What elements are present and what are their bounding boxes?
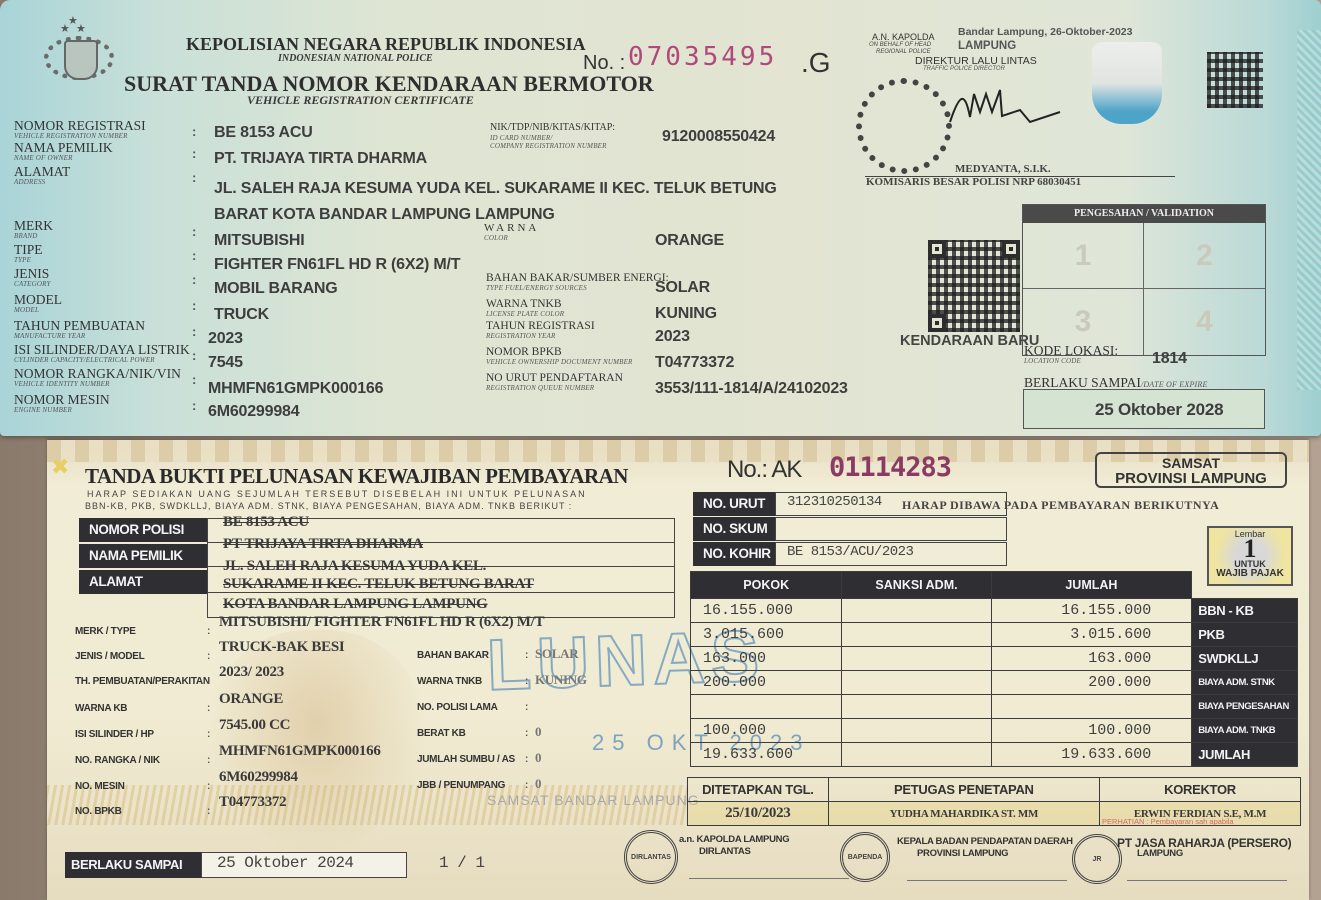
payment-sanksi	[842, 647, 991, 671]
payment-header: POKOK	[691, 572, 842, 599]
payment-item: PKB	[1192, 623, 1298, 647]
vehicle-label: JBB / PENUMPANG	[417, 780, 505, 791]
field-value: TRUCK	[214, 306, 269, 324]
owner-value: KOTA BANDAR LAMPUNG LAMPUNG	[223, 596, 488, 613]
vehicle-value: 7545.00 CC	[219, 717, 290, 734]
field-label: NOMOR BPKBVEHICLE OWNERSHIP DOCUMENT NUM…	[486, 346, 633, 366]
assessment-header: KOREKTOR	[1100, 778, 1301, 802]
payment-jumlah: 16.155.000	[991, 599, 1192, 623]
payment-row: 163.000163.000SWDKLLJ	[691, 647, 1298, 671]
nik-value: 9120008550424	[662, 128, 775, 146]
vehicle-value: 0	[535, 750, 541, 766]
reference-value: 312310250134	[787, 494, 882, 510]
receipt-expiry-label: BERLAKU SAMPAI	[65, 852, 201, 878]
owner-value: JL. SALEH RAJA KESUMA YUDA KEL.	[223, 558, 486, 575]
payment-validity-notice: PERHATIAN : Pembayaran sah apabila	[1102, 817, 1234, 826]
expiry-label: BERLAKU SAMPAI/DATE OF EXPIRE	[1024, 377, 1208, 389]
assessment-value: 25/10/2023	[688, 802, 829, 826]
signatory-rank: KOMISARIS BESAR POLISI NRP 68030451	[866, 176, 1081, 188]
institution-name: KEPOLISIAN NEGARA REPUBLIK INDONESIA	[186, 34, 586, 55]
field-colon: :	[207, 703, 210, 714]
payment-sanksi	[842, 623, 991, 647]
payment-pokok: 163.000	[691, 647, 842, 671]
field-label: NOMOR RANGKA/NIK/VINVEHICLE IDENTITY NUM…	[14, 368, 181, 388]
serial-suffix: .G	[801, 47, 831, 79]
serial-label: No. :	[583, 52, 625, 75]
receipt-expiry-value: 25 Oktober 2024	[217, 854, 354, 872]
field-colon: :	[192, 398, 196, 413]
ornament-icon: ✖	[51, 454, 69, 480]
payment-jumlah: 3.015.600	[991, 623, 1192, 647]
payment-item: SWDKLLJ	[1192, 647, 1298, 671]
serial-number: 07035495	[628, 42, 777, 72]
field-label: JENISCATEGORY	[14, 268, 51, 288]
vehicle-value: T04773372	[219, 794, 286, 811]
vehicle-value: 0	[535, 776, 541, 792]
field-value: MITSUBISHI	[214, 232, 304, 250]
payment-header-row: POKOKSANKSI ADM.JUMLAH	[691, 572, 1298, 599]
field-label: ISI SILINDER/DAYA LISTRIKCYLINDER CAPACI…	[14, 344, 190, 364]
field-colon: :	[192, 224, 196, 239]
field-colon: :	[207, 781, 210, 792]
payment-sanksi	[842, 671, 991, 695]
field-colon: :	[207, 755, 210, 766]
payment-jumlah: 19.633.600	[991, 743, 1192, 767]
payment-sanksi	[842, 599, 991, 623]
vehicle-label: TH. PEMBUATAN/PERAKITAN	[75, 676, 210, 687]
payment-header: SANKSI ADM.	[842, 572, 991, 599]
field-colon: :	[207, 806, 210, 817]
vehicle-label: NO. MESIN	[75, 781, 125, 792]
signature-line	[907, 880, 1067, 881]
field-label: WARNA TNKBLICENSE PLATE COLOR	[486, 298, 564, 318]
payment-pokok: 19.633.600	[691, 743, 842, 767]
payment-jumlah	[991, 695, 1192, 719]
field-label: MODELMODEL	[14, 294, 62, 314]
vehicle-value: MHMFN61GMPK000166	[219, 743, 381, 760]
validation-cell-4: 4	[1144, 289, 1265, 355]
field-colon: :	[525, 728, 528, 739]
signature-title: KEPALA BADAN PENDAPATAN DAERAH	[897, 836, 1073, 847]
payment-row: 100.000100.000BIAYA ADM. TNKB	[691, 719, 1298, 743]
payment-sanksi	[842, 719, 991, 743]
vehicle-value: 2023/ 2023	[219, 664, 284, 681]
payment-pokok: 100.000	[691, 719, 842, 743]
field-value: T04773372	[655, 354, 734, 372]
vehicle-label: MERK / TYPE	[75, 626, 136, 637]
owner-value: PT TRIJAYA TIRTA DHARMA	[223, 536, 423, 553]
issue-place-date: Bandar Lampung, 26-Oktober-2023	[958, 26, 1132, 38]
field-label: TIPETYPE	[14, 244, 43, 264]
payment-pokok	[691, 695, 842, 719]
vehicle-value: 6M60299984	[219, 769, 298, 786]
vehicle-value: ORANGE	[219, 691, 283, 708]
payment-row: 200.000200.000BIAYA ADM. STNK	[691, 671, 1298, 695]
receipt-title: TANDA BUKTI PELUNASAN KEWAJIBAN PEMBAYAR…	[85, 464, 628, 489]
field-value: KUNING	[655, 305, 717, 323]
reference-label: NO. SKUM	[693, 517, 775, 541]
field-label: NAMA PEMILIKNAME OF OWNER	[14, 142, 113, 162]
assessment-header: PETUGAS PENETAPAN	[828, 778, 1099, 802]
signature-line	[1127, 880, 1287, 881]
vehicle-value: SOLAR	[535, 646, 578, 662]
field-label: TAHUN PEMBUATANMANUFACTURE YEAR	[14, 320, 145, 340]
field-value: 2023	[208, 330, 243, 348]
owner-value: BE 8153 ACU	[223, 514, 309, 531]
vehicle-value: KUNING	[535, 672, 587, 688]
payment-row: BIAYA PENGESAHAN	[691, 695, 1298, 719]
payment-sanksi	[842, 743, 991, 767]
field-value: 2023	[655, 328, 690, 346]
field-colon: :	[207, 729, 210, 740]
signature-line	[689, 878, 849, 879]
payment-header: JUMLAH	[991, 572, 1192, 599]
field-colon: :	[525, 676, 528, 687]
field-colon: :	[192, 298, 196, 313]
field-value: JL. SALEH RAJA KESUMA YUDA KEL. SUKARAME…	[214, 180, 777, 198]
field-colon: :	[192, 248, 196, 263]
validation-title: PENGESAHAN / VALIDATION	[1023, 205, 1265, 223]
field-value: BE 8153 ACU	[214, 124, 313, 142]
validation-grid: PENGESAHAN / VALIDATION 1 2 3 4	[1022, 204, 1266, 356]
samsat-line2: PROVINSI LAMPUNG	[1097, 471, 1285, 486]
owner-value: SUKARAME II KEC. TELUK BETUNG BARAT	[223, 576, 534, 593]
reference-label: NO. KOHIR	[693, 542, 775, 566]
assessment-value: YUDHA MAHARDIKA ST. MM	[828, 802, 1099, 826]
payment-row: 19.633.60019.633.600JUMLAH	[691, 743, 1298, 767]
payment-jumlah: 163.000	[991, 647, 1192, 671]
reference-label: NO. URUT	[693, 492, 775, 516]
vehicle-value: TRUCK-BAK BESI	[219, 639, 344, 656]
samsat-box: SAMSAT PROVINSI LAMPUNG	[1095, 452, 1287, 488]
nik-label: NIK/TDP/NIB/KITAS/KITAP:ID CARD NUMBER/C…	[490, 122, 615, 150]
field-colon: :	[192, 272, 196, 287]
vehicle-value: MITSUBISHI/ FIGHTER FN61FL HD R (6X2) M/…	[219, 614, 544, 631]
field-label: NOMOR REGISTRASIVEHICLE REGISTRATION NUM…	[14, 120, 146, 140]
police-emblem-icon: ★ ★ ★	[40, 14, 120, 84]
payment-pokok: 3.015.600	[691, 623, 842, 647]
field-colon: :	[192, 348, 196, 363]
signature-subtitle: PROVINSI LAMPUNG	[917, 848, 1008, 859]
signature-subtitle: DIRLANTAS	[699, 846, 750, 857]
owner-label: NAMA PEMILIK	[79, 544, 207, 568]
institution-name-en: INDONESIAN NATIONAL POLICE	[278, 53, 433, 64]
signatory-on-behalf: A.N. KAPOLDA	[872, 32, 935, 42]
signatory-on-behalf-en: ON BEHALF OF HEAD	[869, 42, 931, 48]
field-value: MHMFN61GMPK000166	[208, 380, 383, 398]
signature-subtitle: LAMPUNG	[1137, 848, 1183, 859]
payment-row: 3.015.6003.015.600PKB	[691, 623, 1298, 647]
field-colon: :	[207, 626, 210, 637]
vehicle-label: WARNA KB	[75, 703, 127, 714]
location-code-label: KODE LOKASI:LOCATION CODE	[1024, 345, 1118, 365]
tax-payment-receipt: ✖ TANDA BUKTI PELUNASAN KEWAJIBAN PEMBAY…	[47, 440, 1309, 900]
expiry-value: 25 Oktober 2028	[1095, 400, 1223, 420]
samsat-line1: SAMSAT	[1097, 456, 1285, 471]
field-colon: :	[192, 124, 196, 139]
field-label: NOMOR MESINENGINE NUMBER	[14, 394, 110, 414]
signatory-name: MEDYANTA, S.I.K.	[955, 163, 1051, 175]
signatory-position-en: TRAFFIC POLICE DIRECTOR	[923, 66, 1005, 72]
owner-label: NOMOR POLISI	[79, 518, 207, 542]
page-indicator: 1 / 1	[439, 854, 485, 872]
field-value: FIGHTER FN61FL HD R (6X2) M/T	[214, 256, 460, 274]
field-colon: :	[525, 702, 528, 713]
qr-code-main	[928, 240, 1020, 332]
payment-jumlah: 100.000	[991, 719, 1192, 743]
field-value: PT. TRIJAYA TIRTA DHARMA	[214, 150, 427, 168]
field-label: NO URUT PENDAFTARANREGISTRATION QUEUE NU…	[486, 372, 623, 392]
guilloche-edge	[1297, 30, 1321, 390]
validation-cell-1: 1	[1023, 223, 1144, 289]
bapenda-stamp: BAPENDA	[840, 832, 890, 882]
vehicle-label: WARNA TNKB	[417, 676, 482, 687]
signatory-region: LAMPUNG	[958, 40, 1016, 52]
copy-number: 1	[1209, 539, 1291, 559]
payment-item: BBN - KB	[1192, 599, 1298, 623]
assessment-header: DITETAPKAN TGL.	[688, 778, 829, 802]
field-value: 6M60299984	[208, 403, 299, 421]
receipt-number: 01114283	[829, 452, 951, 483]
payment-item: BIAYA ADM. STNK	[1192, 671, 1298, 695]
owner-label: ALAMAT	[79, 570, 207, 594]
field-value: SOLAR	[655, 279, 710, 297]
field-colon: :	[192, 146, 196, 161]
vehicle-label: NO. BPKB	[75, 806, 122, 817]
payment-jumlah: 200.000	[991, 671, 1192, 695]
reference-value: BE 8153/ACU/2023	[787, 544, 913, 560]
reference-box	[775, 517, 1007, 541]
field-colon: :	[207, 676, 210, 687]
vehicle-label: BAHAN BAKAR	[417, 650, 489, 661]
vehicle-label: NO. RANGKA / NIK	[75, 755, 160, 766]
location-code-value: 1814	[1152, 350, 1187, 368]
payment-item: BIAYA ADM. TNKB	[1192, 719, 1298, 743]
field-colon: :	[525, 754, 528, 765]
dirlantas-stamp: DIRLANTAS	[624, 830, 678, 884]
official-seal-stamp	[856, 78, 952, 174]
field-value: MOBIL BARANG	[214, 280, 338, 298]
payment-row: 16.155.00016.155.000BBN - KB	[691, 599, 1298, 623]
vehicle-label: NO. POLISI LAMA	[417, 702, 498, 713]
receipt-number-label: No.: AK	[727, 456, 801, 484]
field-colon: :	[192, 372, 196, 387]
vehicle-value: 0	[535, 724, 541, 740]
field-colon: :	[207, 651, 210, 662]
payment-pokok: 16.155.000	[691, 599, 842, 623]
field-value: ORANGE	[655, 232, 724, 250]
field-colon: :	[525, 780, 528, 791]
vehicle-label: ISI SILINDER / HP	[75, 729, 154, 740]
receipt-note-line1: HARAP SEDIAKAN UANG SEJUMLAH TERSEBUT DI…	[87, 488, 587, 500]
signature-title: a.n. KAPOLDA LAMPUNG	[679, 834, 789, 845]
field-label: ALAMATADDRESS	[14, 166, 70, 186]
police-badge-hologram-icon	[1092, 42, 1162, 124]
receipt-note-line2: BBN-KB, PKB, SWDKLLJ, BIAYA ADM. STNK, B…	[85, 500, 572, 512]
validation-cell-2: 2	[1144, 223, 1265, 289]
field-colon: :	[525, 650, 528, 661]
new-vehicle-label: KENDARAAN BARU	[900, 333, 1039, 349]
field-label: BAHAN BAKAR/SUMBER ENERGI:TYPE FUEL/ENER…	[486, 272, 669, 292]
jasa-raharja-stamp: JR	[1072, 834, 1122, 884]
vehicle-label: JENIS / MODEL	[75, 651, 144, 662]
qr-code-top	[1207, 52, 1263, 108]
field-label: TAHUN REGISTRASIREGISTRATION YEAR	[486, 320, 595, 340]
document-title-en: VEHICLE REGISTRATION CERTIFICATE	[247, 93, 474, 108]
payment-item: BIAYA PENGESAHAN	[1192, 695, 1298, 719]
vehicle-label: BERAT KB	[417, 728, 466, 739]
vehicle-registration-certificate: ★ ★ ★ KEPOLISIAN NEGARA REPUBLIK INDONES…	[0, 0, 1321, 436]
payment-item: JUMLAH	[1192, 743, 1298, 767]
payment-sanksi	[842, 695, 991, 719]
samsat-office-stamp: SAMSAT BANDAR LAMPUNG	[487, 792, 700, 808]
vehicle-label: JUMLAH SUMBU / AS	[417, 754, 515, 765]
field-colon: :	[192, 170, 196, 185]
payment-pokok: 200.000	[691, 671, 842, 695]
field-colon: :	[192, 324, 196, 339]
field-value: 7545	[208, 354, 243, 372]
field-label: MERKBRAND	[14, 220, 53, 240]
field-value: 3553/111-1814/A/24102023	[655, 380, 848, 398]
payment-table: POKOKSANKSI ADM.JUMLAH16.155.00016.155.0…	[690, 571, 1298, 767]
field-label: WARNACOLOR	[484, 222, 539, 242]
